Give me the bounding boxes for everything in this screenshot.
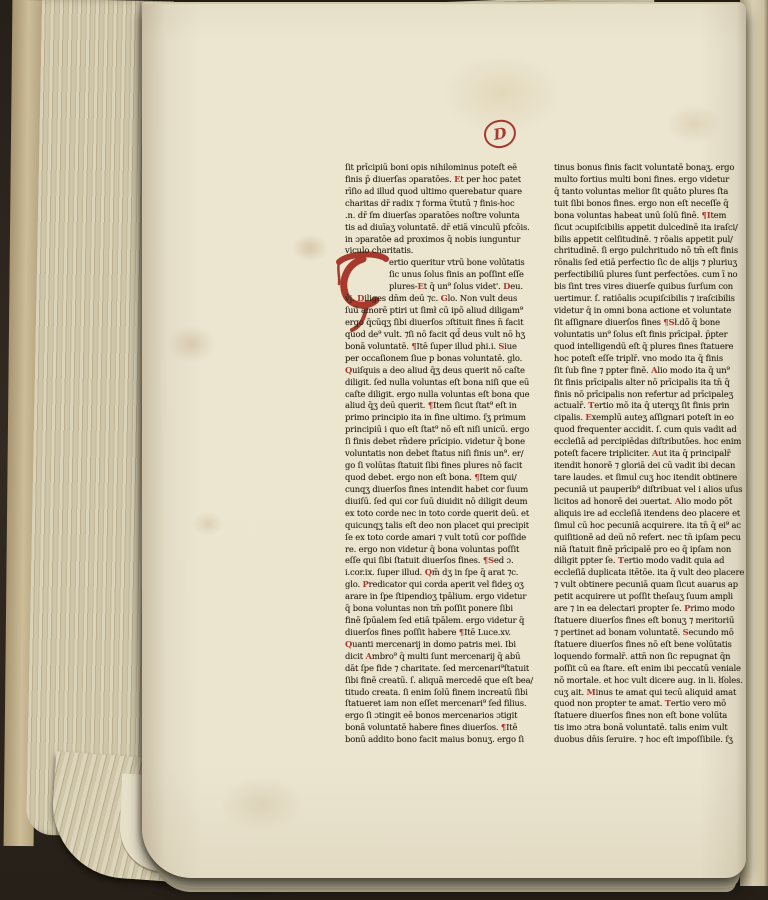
text-line: eſſe qui ſibi ſtatuit diuerſos fines. ¶S… (345, 555, 551, 567)
text-line: bonā voluntatē habere fines diuerſos. ¶I… (345, 722, 551, 734)
text-line: titudo creata. ſi enim ſolū finem increa… (345, 687, 551, 699)
text-column-right: tinus bonus finis facit voluntatē bonaʒ.… (554, 162, 752, 746)
text-line: ⁊ pertinet ad bonam voluntatē. Secundo m… (554, 627, 752, 639)
text-line: quicunqʒ talis eſt deo non placet qui pr… (345, 520, 551, 532)
text-line: quod de⁹ vult. ⁊ſi nō facit qd̄ deus vul… (345, 329, 551, 341)
text-line: ſit aſſignare diuerſos fines ¶Sł.dō q̄ b… (554, 317, 752, 329)
text-line: tuit ſibi bonos fines. ergo non eſt nece… (554, 198, 752, 210)
text-line: quiſitionē ad deū nō refert. nec tn̄ ipſ… (554, 532, 752, 544)
text-line: poteſt facere tripliciter. Aut ita q̄ pr… (554, 448, 752, 460)
text-line: Quiſquis a deo aliud q̄ʒ deus querit nō … (345, 365, 551, 377)
text-line: quod non propter te amat. Tertio vero mō (554, 698, 752, 710)
text-line: cipalis. Exemplū auteʒ aſſignari poteſt … (554, 412, 752, 424)
text-line: nō mortale. et hoc vult dicere aug. in l… (554, 675, 752, 687)
text-line: finis nō prīcipalis non refertur ad prīc… (554, 389, 752, 401)
text-line: itendit honorē ⁊ gloriā dei cū vadit ibi… (554, 460, 752, 472)
text-line: actualr̄. Tertio mō ita q̄ uterqʒ ſit fi… (554, 400, 752, 412)
text-line: duobus dn̄is ſeruire. ⁊ hoc eſt impoſſib… (554, 734, 752, 746)
text-line: re. ergo non videtur q̄ bona voluntas po… (345, 544, 551, 556)
text-line: chritudinē. ſi ergo pulchritudo nō tm̄ e… (554, 245, 752, 257)
text-line: ex toto corde nec in toto corde querit d… (345, 508, 551, 520)
text-line: in ɔparatōe ad proximos q̄ nobis iungunt… (345, 234, 551, 246)
text-line: pecuniā ut pauperib⁹ diſtribuat vel i al… (554, 484, 752, 496)
text-line: primo principio ita in fine ultimo. ſʒ p… (345, 412, 551, 424)
text-line: ſimul cū hoc pecuniā acquirere. ita tn̄ … (554, 520, 752, 532)
text-line: voluntatis non debet ſtatus niſi finis u… (345, 448, 551, 460)
text-line: bonū addito bono facit maius bonuʒ. ergo… (345, 734, 551, 746)
text-line: cunqʒ diuerſos fines intendit habet cor … (345, 484, 551, 496)
photo-background: D T ſit prīcipiū boni opis nihilominus p… (0, 0, 768, 900)
text-line: go ſi volūtas ſtatuit ſibi fines plures … (345, 460, 551, 472)
text-line: dicit Ambro⁹ q̄ multi ſunt mercenarij q̄… (345, 651, 551, 663)
text-line: aliquis ire ad eccleſiā itendens deo pla… (554, 508, 752, 520)
text-line: niā ſtatuit finē prīcipalē pro eo q̄ ipſ… (554, 544, 752, 556)
text-line: plures-Et q̄ un⁹ ſolus videt'. Deu. (389, 281, 551, 293)
text-line: tis ad diuīaʒ voluntatē. dr̄ etiā vincul… (345, 222, 551, 234)
text-line: i.cor.ix. ſuper illud. Qm̄ dʒ in ſpe q̄ … (345, 567, 551, 579)
text-line: diligit. ſed nulla voluntas eſt bona niſ… (345, 377, 551, 389)
text-line: bona voluntas habeat unū ſolū finē. ¶Ite… (554, 210, 752, 222)
text-line: caſte diligit. ergo nulla voluntas eſt b… (345, 389, 551, 401)
text-line: aliud q̄ʒ deū querit. ¶Item ſicut ſtat⁹ … (345, 400, 551, 412)
text-line: bonā voluntatē. ¶Itē ſuper illud phi.i. … (345, 341, 551, 353)
text-line: ſit finis prīcipalis alter nō prīcipalis… (554, 377, 752, 389)
text-line: arare in ſpe ſtipendioʒ tpālium. ergo vi… (345, 591, 551, 603)
text-line: ſi finis debet rn̄dere prīcipio. videtur… (345, 436, 551, 448)
text-line: tinus bonus finis facit voluntatē bonaʒ.… (554, 162, 752, 174)
text-line: viculo charitatis. (345, 245, 551, 257)
text-line: diligit ppter ſe. Tertio modo vadit quia… (554, 555, 752, 567)
text-line: are ⁊ in ea delectari propter ſe. Primo … (554, 603, 752, 615)
text-line: quod debet. ergo non eſt bona. ¶Item qui… (345, 472, 551, 484)
text-line: rīſio ad illud quod ultimo querebatur qu… (345, 186, 551, 198)
text-line: petit acquirere ut poſſit theſauʒ ſuum a… (554, 591, 752, 603)
text-line: ⁊ vult obtinere pecuniā quam ſicut auaru… (554, 579, 752, 591)
text-line: bis ſint tres vires diuerſe quibus ſurſu… (554, 281, 752, 293)
text-line: q̄ tanto voluntas melior ſit quāto plure… (554, 186, 752, 198)
text-line: bilis appetit celſitudinē. ⁊ rōalis appe… (554, 234, 752, 246)
text-line: finis p̄ diuerſas ɔparatōes. Et per hoc … (345, 174, 551, 186)
text-line: per occaſionem ſiue p bonas voluntatē. g… (345, 353, 551, 365)
text-line: ertio queritur vtrū bone volūtatis (389, 257, 551, 269)
text-line: uertimur. ſ. ratiōalis ɔcupiſcibilis ⁊ i… (554, 293, 752, 305)
text-line: eccleſiā ad percipiēdas diſtributōes. ho… (554, 436, 752, 448)
text-line: Quanti mercenarij in domo patris mei. Ib… (345, 639, 551, 651)
text-line: ergo ſi ɔtingit eē bonos mercenarios ɔti… (345, 710, 551, 722)
text-line: tis imo ɔtra bonā voluntatē. talis enim … (554, 722, 752, 734)
text-line: multo fortius multi boni fines. ergo vid… (554, 174, 752, 186)
text-line: cuʒ ait. Minus te amat qui tecū aliquid … (554, 687, 752, 699)
text-line: perfectibiliū plures ſunt perfectōes. cu… (554, 269, 752, 281)
text-line: quod intelligendū eſt q̄ plures fines ſt… (554, 341, 752, 353)
text-line: diuerſos fines poſſit habere ¶Itē Luce.x… (345, 627, 551, 639)
quire-mark: D (482, 117, 518, 150)
open-page: D T ſit prīcipiū boni opis nihilominus p… (142, 2, 746, 878)
text-line: voluntatis un⁹ ſolus eſt finis prīcipał.… (554, 329, 752, 341)
text-line: ſic unus ſolus finis an poſſint eſſe (389, 269, 551, 281)
text-line: ſit ſub fine ⁊ ppter finē. Alio modo ita… (554, 365, 752, 377)
text-line: ſtatueret iam non eſſet mercenari⁹ ſed f… (345, 698, 551, 710)
text-line: ſuū amorē ptiri ut ſimł cū ipō aliud dil… (345, 305, 551, 317)
text-line: ſicut ɔcupiſcibilis appetit dulcedinē it… (554, 222, 752, 234)
text-line: v̄j. Diliges dn̄m deū ⁊c. Glo. Non vult … (345, 293, 551, 305)
text-line: ſit prīcipiū boni opis nihilominus poteſ… (345, 162, 551, 174)
text-line: finē ſpūalem ſed etiā tpālem. ergo videt… (345, 615, 551, 627)
text-line: ſtatuere diuerſos fines non eſt bone vol… (554, 710, 752, 722)
text-line: ſe ex toto corde amari ⁊ vult totū cor p… (345, 532, 551, 544)
text-line: .n. dr̄ ſm diuerſas ɔparatōes noſtre vol… (345, 210, 551, 222)
text-line: charitas dr̄ radix ⁊ forma v̄tutū ⁊ fini… (345, 198, 551, 210)
text-line: glo. Predicator qui corda aperit vel fid… (345, 579, 551, 591)
text-line: ſtatuere diuerſos fines nō eſt bene volū… (554, 639, 752, 651)
text-line: diuiſū. ſed qui cor ſuū diuidit nō dilig… (345, 496, 551, 508)
text-line: hoc poteſt eſſe triplr̄. vno modo ita q̄… (554, 353, 752, 365)
text-line: ſibi finē creatū. ſ. aliquā mercedē que … (345, 675, 551, 687)
text-line: poſſit cū ea ſtare. eſt enim ibi peccatū… (554, 663, 752, 675)
text-line: ergo q̄cūqʒ ſibi diuerſos ɔſtituit fines… (345, 317, 551, 329)
text-line: licitos ad honorē dei ɔuertat. Alio modo… (554, 496, 752, 508)
text-line: ſtatuere diuerſos fines eſt bonuʒ ⁊ meri… (554, 615, 752, 627)
text-line: principiū i quo eſt ſtat⁹ nō eſt niſi un… (345, 424, 551, 436)
text-line: tare laudes. et ſimul cuʒ hoc itendit ob… (554, 472, 752, 484)
text-line: rōnalis ſed etiā perfectio ſic de alijs … (554, 257, 752, 269)
text-line: dāt ſpe fide ⁊ charitate. ſed mercenari⁹… (345, 663, 551, 675)
text-line: q̄ bona voluntas non tm̄ poſſit ponere ſ… (345, 603, 551, 615)
text-line: quod frequenter accidit. ſ. cum quis vad… (554, 424, 752, 436)
text-line: loquendo formalr̄. attn̄ non ſic repugna… (554, 651, 752, 663)
text-line: eccleſiā duplicata itētōe. ita q̄ vult d… (554, 567, 752, 579)
text-line: videtur q̄ in omni bona actione et volun… (554, 305, 752, 317)
text-column-left: ſit prīcipiū boni opis nihilominus poteſ… (345, 162, 551, 746)
